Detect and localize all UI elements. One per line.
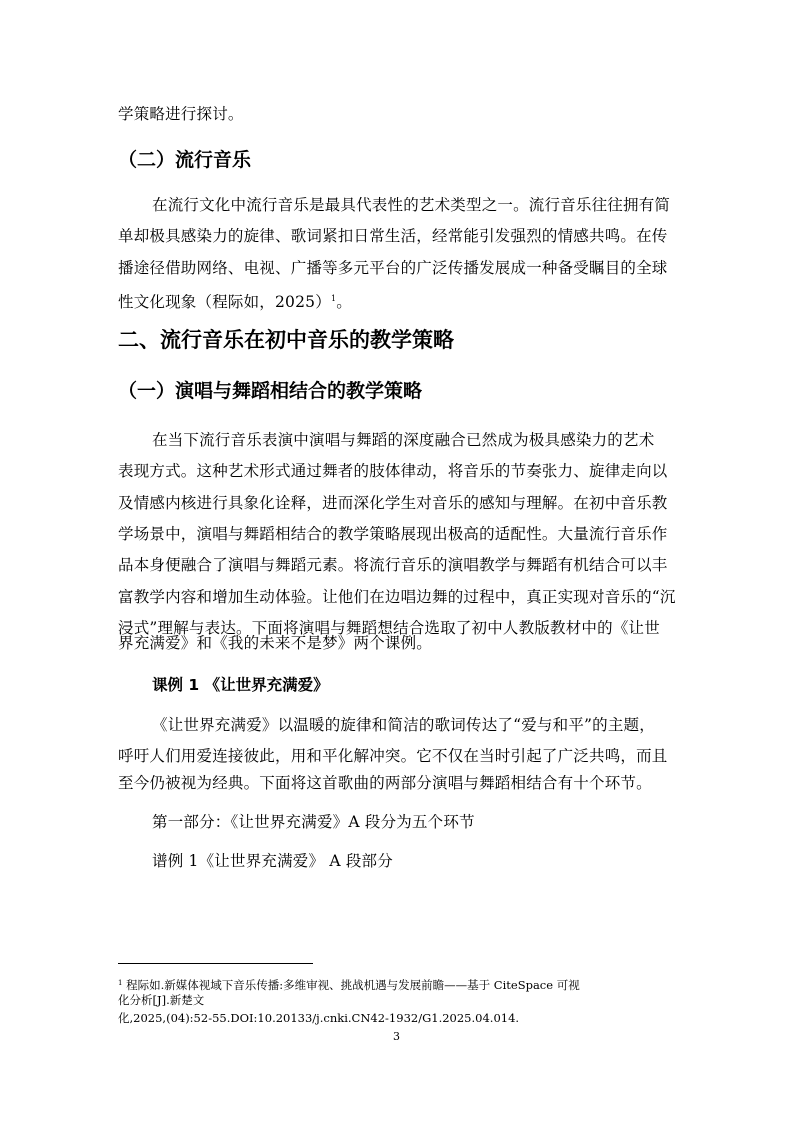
paragraph-line: 学场景中，演唱与舞蹈相结合的教学策略展现出极高的适配性。大量流行音乐作	[118, 524, 678, 544]
section-heading-popular-music: （二）流行音乐	[118, 148, 251, 172]
paragraph-line: 《让世界充满爱》以温暖的旋律和简洁的歌词传达了“爱与和平”的主题，	[152, 715, 712, 735]
part-label: 第一部分：《让世界充满爱》A 段分为五个环节	[152, 812, 712, 832]
paragraph-line: 富教学内容和增加生动体验。让他们在边唱边舞的过程中，真正实现对音乐的“沉	[118, 587, 678, 607]
paragraph-line: 在当下流行音乐表演中演唱与舞蹈的深度融合已然成为极具感染力的艺术	[152, 430, 712, 450]
paragraph-line: 呼吁人们用爱连接彼此，用和平化解冲突。它不仅在当时引起了广泛共鸣，而且	[118, 746, 678, 766]
paragraph-line-with-citation: 性文化现象（程际如，2025）1。	[118, 289, 678, 312]
paragraph-end: 。	[336, 293, 352, 311]
page-number: 3	[393, 1030, 400, 1044]
paragraph-line: 表现方式。这种艺术形式通过舞者的肢体律动，将音乐的节奏张力、旋律走向以	[118, 461, 678, 481]
subsection-heading-singing-dance: （一）演唱与舞蹈相结合的教学策略	[118, 379, 422, 403]
paragraph-line: 单却极具感染力的旋律、歌词紧扣日常生活，经常能引发强烈的情感共鸣。在传	[118, 226, 678, 246]
paragraph-line: 播途径借助网络、电视、广播等多元平台的广泛传播发展成一种备受瞩目的全球	[118, 258, 678, 278]
document-page: 学策略进行探讨。 （二）流行音乐 在流行文化中流行音乐是最具代表性的艺术类型之一…	[0, 0, 793, 1122]
footnote-text: 程际如.新媒体视域下音乐传播:多维审视、挑战机遇与发展前瞻——基于 CiteSp…	[126, 978, 580, 992]
score-caption: 谱例 1《让世界充满爱》 A 段部分	[152, 851, 712, 871]
paragraph-line: 至今仍被视为经典。下面将这首歌曲的两部分演唱与舞蹈相结合有十个环节。	[118, 773, 678, 793]
paragraph-line: 在流行文化中流行音乐是最具代表性的艺术类型之一。流行音乐往往拥有简	[152, 195, 712, 215]
lesson-heading: 课例 1 《让世界充满爱》	[152, 675, 329, 695]
paragraph-text: 性文化现象（程际如，2025）	[118, 293, 331, 311]
paragraph-line: 界充满爱》和《我的未来不是梦》两个课例。	[118, 633, 678, 653]
footnote-line: 化分析[J].新楚文	[118, 992, 688, 1009]
paragraph-line: 品本身便融合了演唱与舞蹈元素。将流行音乐的演唱教学与舞蹈有机结合可以丰	[118, 555, 678, 575]
lead-line: 学策略进行探讨。	[118, 104, 678, 124]
footnote-line: 化,2025,(04):52-55.DOI:10.20133/j.cnki.CN…	[118, 1010, 688, 1027]
footnote-separator	[118, 963, 313, 964]
chapter-heading: 二、流行音乐在初中音乐的教学策略	[118, 327, 454, 353]
paragraph-line: 及情感内核进行具象化诠释，进而深化学生对音乐的感知与理解。在初中音乐教	[118, 493, 678, 513]
footnote-number: 1	[118, 979, 122, 987]
